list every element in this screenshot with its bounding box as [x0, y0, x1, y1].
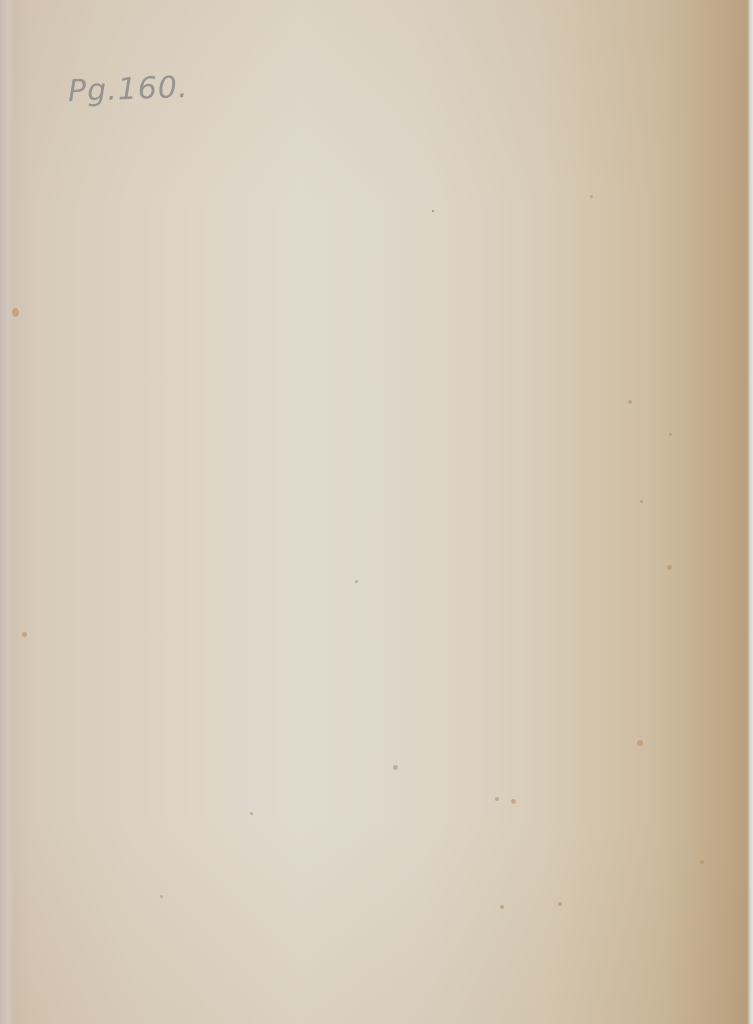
foxing-spot: [637, 740, 643, 746]
foxing-spot: [700, 860, 704, 864]
foxing-spot: [511, 799, 516, 804]
foxing-spot: [667, 565, 672, 570]
foxing-spot: [558, 902, 562, 906]
foxing-spot: [628, 400, 632, 404]
foxing-spot: [669, 433, 672, 436]
foxing-spot: [590, 195, 593, 198]
foxing-spot: [250, 812, 253, 815]
foxing-spot: [393, 765, 398, 770]
foxing-spot: [12, 308, 19, 317]
foxing-spot: [432, 210, 434, 212]
handwritten-page-note: Pg.160.: [67, 70, 189, 109]
page-right-edge: [747, 0, 753, 1024]
foxing-spot: [355, 580, 358, 583]
foxing-spot: [22, 632, 27, 637]
paper-page: Pg.160.: [0, 0, 753, 1024]
foxing-spot: [500, 905, 504, 909]
foxing-spot: [640, 500, 643, 503]
page-left-edge: [0, 0, 14, 1024]
foxing-spot: [160, 895, 163, 898]
foxing-spot: [495, 797, 499, 801]
